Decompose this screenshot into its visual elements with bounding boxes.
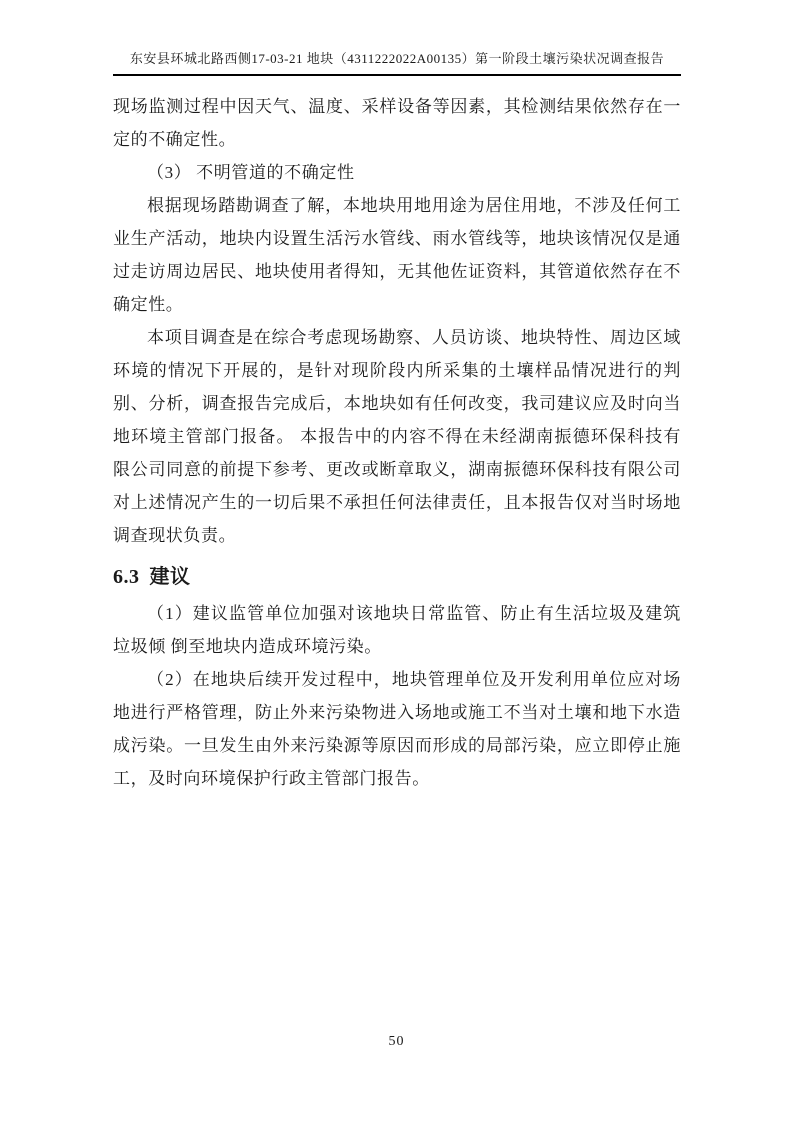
document-page: 东安县环城北路西侧17-03-21 地块（4311222022A00135）第一… [0, 0, 793, 1122]
paragraph-suggestion-2: （2）在地块后续开发过程中，地块管理单位及开发利用单位应对场地进行严格管理，防止… [113, 663, 681, 795]
page-content: 东安县环城北路西侧17-03-21 地块（4311222022A00135）第一… [113, 48, 681, 795]
paragraph-uncertainty-continuation: 现场监测过程中因天气、温度、采样设备等因素，其检测结果依然存在一定的不确定性。 [113, 90, 681, 156]
paragraph-site-survey: 根据现场踏勘调查了解，本地块用地用途为居住用地，不涉及任何工业生产活动，地块内设… [113, 189, 681, 321]
page-header-title: 东安县环城北路西侧17-03-21 地块（4311222022A00135）第一… [130, 51, 664, 66]
section-title: 建议 [150, 566, 191, 588]
paragraph-suggestion-1: （1）建议监管单位加强对该地块日常监管、防止有生活垃圾及建筑垃圾倾 倒至地块内造… [113, 597, 681, 663]
page-number: 50 [389, 1034, 405, 1049]
page-header: 东安县环城北路西侧17-03-21 地块（4311222022A00135）第一… [113, 48, 681, 76]
section-heading-6-3: 6.3建议 [113, 560, 681, 594]
document-body: 现场监测过程中因天气、温度、采样设备等因素，其检测结果依然存在一定的不确定性。 … [113, 90, 681, 795]
paragraph-project-statement: 本项目调查是在综合考虑现场勘察、人员访谈、地块特性、周边区域环境的情况下开展的，… [113, 321, 681, 552]
page-footer: 50 [0, 1034, 793, 1050]
section-number: 6.3 [113, 566, 140, 588]
paragraph-item3-heading: （3） 不明管道的不确定性 [113, 156, 681, 189]
